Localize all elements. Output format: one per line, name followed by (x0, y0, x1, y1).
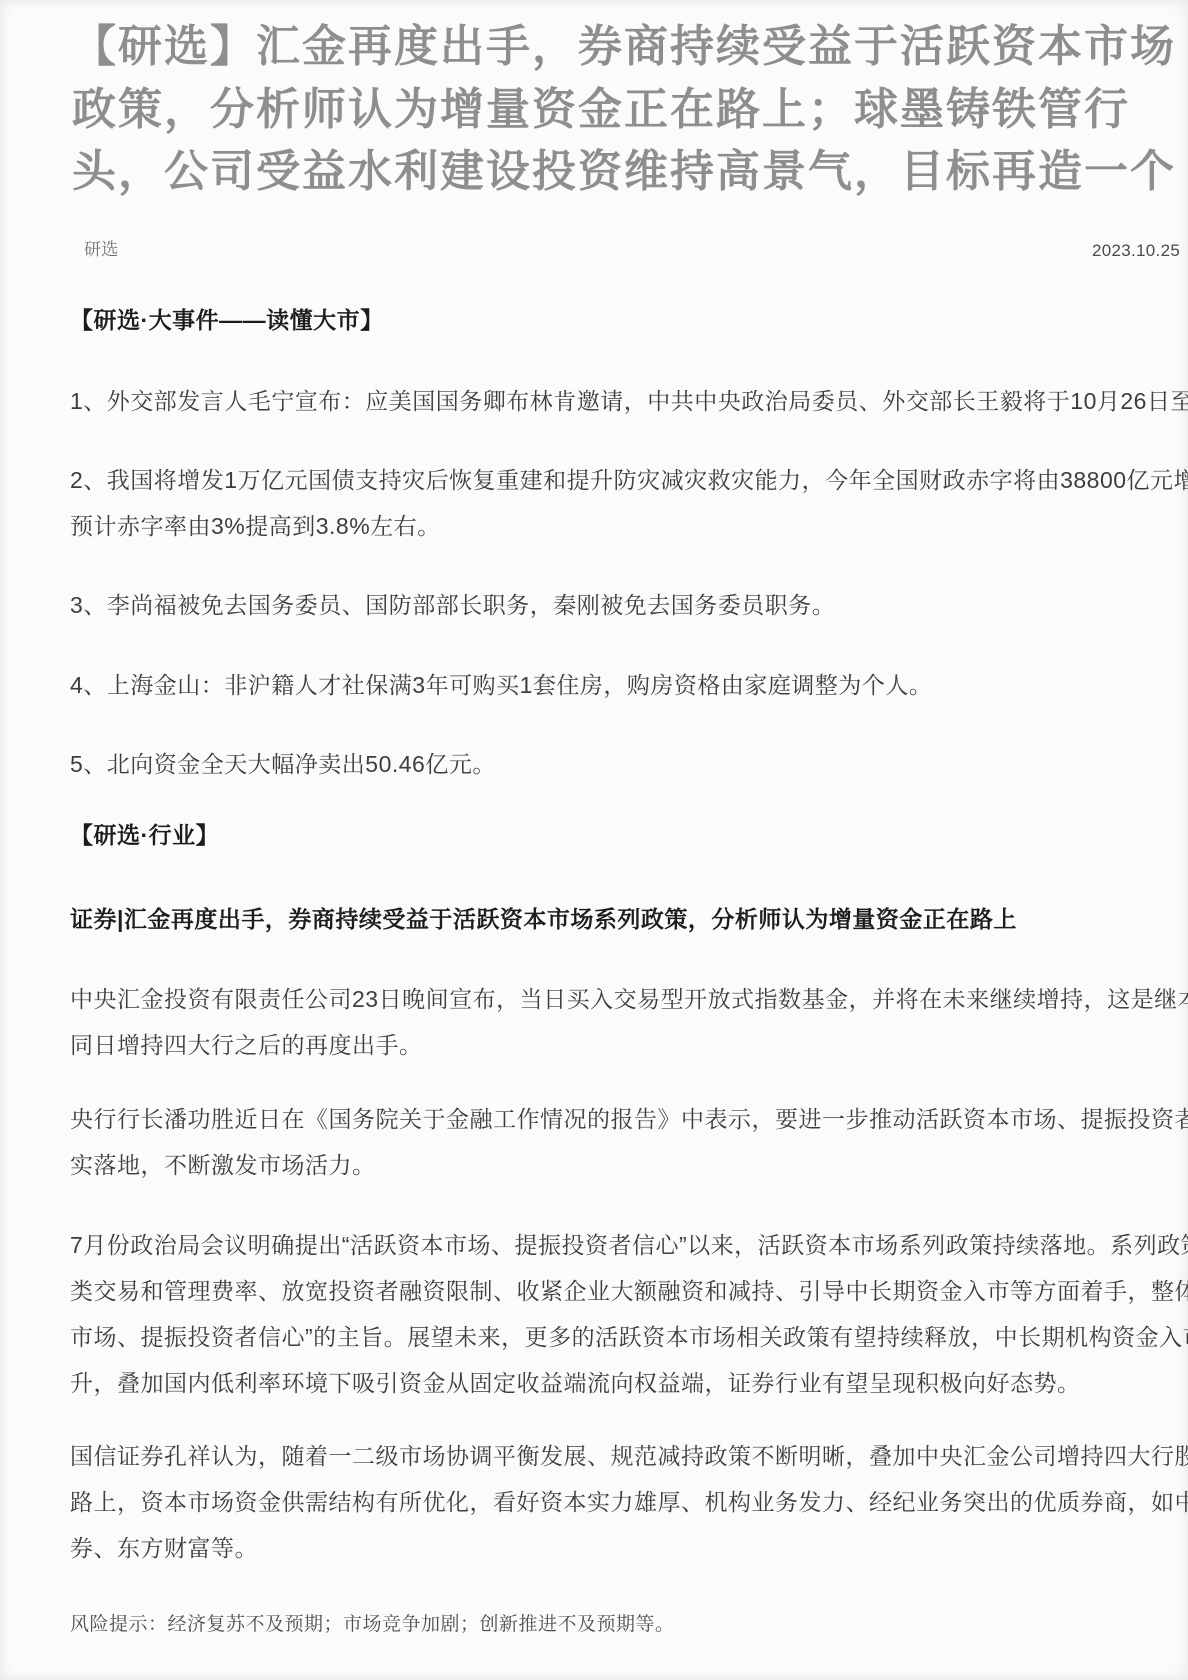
event-item-1-line-1: 1、外交部发言人毛宁宣布：应美国国务卿布林肯邀请，中共中央政治局委员、外交部长王… (70, 388, 1188, 414)
page-title-line-1: 【研选】汇金再度出手，券商持续受益于活跃资本市场 (72, 22, 1176, 73)
event-item-2-line-1: 2、我国将增发1万亿元国债支持灾后恢复重建和提升防灾减灾救灾能力，今年全国财政赤… (70, 467, 1188, 493)
paragraph-2-line-1: 央行行长潘功胜近日在《国务院关于金融工作情况的报告》中表示，要进一步推动活跃资本… (70, 1106, 1188, 1132)
paragraph-3-line-4: 升，叠加国内低利率环境下吸引资金从固定收益端流向权益端，证券行业有望呈现积极向好… (70, 1370, 1081, 1396)
section-header-industry: 【研选·行业】 (70, 822, 219, 848)
source-label: 研选 (84, 240, 119, 260)
paragraph-4-line-3: 券、东方财富等。 (70, 1535, 258, 1561)
event-item-4-line-1: 4、上海金山：非沪籍人才社保满3年可购买1套住房，购房资格由家庭调整为个人。 (70, 672, 932, 698)
event-item-2-line-2: 预计赤字率由3%提高到3.8%左右。 (70, 513, 441, 539)
page-title-line-3: 头，公司受益水利建设投资维持高景气，目标再造一个 (72, 147, 1176, 198)
paragraph-1-line-1: 中央汇金投资有限责任公司23日晚间宣布，当日买入交易型开放式指数基金，并将在未来… (70, 986, 1188, 1012)
paragraph-3-line-1: 7月份政治局会议明确提出“活跃资本市场、提振投资者信心”以来，活跃资本市场系列政… (70, 1232, 1188, 1258)
article-page: 【研选】汇金再度出手，券商持续受益于活跃资本市场 政策，分析师认为增量资金正在路… (0, 0, 1188, 1680)
risk-note: 风险提示：经济复苏不及预期；市场竞争加剧；创新推进不及预期等。 (70, 1614, 675, 1636)
page-title-line-2: 政策，分析师认为增量资金正在路上；球墨铸铁管行 (72, 85, 1130, 136)
paragraph-3-line-3: 市场、提振投资者信心”的主旨。展望未来，更多的活跃资本市场相关政策有望持续释放，… (70, 1324, 1188, 1350)
paragraph-4-line-1: 国信证券孔祥认为，随着一二级市场协调平衡发展、规范减持政策不断明晰，叠加中央汇金… (70, 1443, 1188, 1469)
event-item-3-line-1: 3、李尚福被免去国务委员、国防部部长职务，秦刚被免去国务委员职务。 (70, 592, 835, 618)
section-header-big-events: 【研选·大事件——读懂大市】 (70, 307, 384, 333)
paragraph-3-line-2: 类交易和管理费率、放宽投资者融资限制、收紧企业大额融资和减持、引导中长期资金入市… (70, 1278, 1188, 1304)
industry-subtitle: 证券|汇金再度出手，券商持续受益于活跃资本市场系列政策，分析师认为增量资金正在路… (70, 906, 1017, 932)
publish-date: 2023.10.25 (1092, 241, 1180, 261)
paragraph-4-line-2: 路上，资本市场资金供需结构有所优化，看好资本实力雄厚、机构业务发力、经纪业务突出… (70, 1489, 1188, 1515)
event-item-5-line-1: 5、北向资金全天大幅净卖出50.46亿元。 (70, 751, 496, 777)
paragraph-2-line-2: 实落地，不断激发市场活力。 (70, 1152, 376, 1178)
paragraph-1-line-2: 同日增持四大行之后的再度出手。 (70, 1032, 423, 1058)
